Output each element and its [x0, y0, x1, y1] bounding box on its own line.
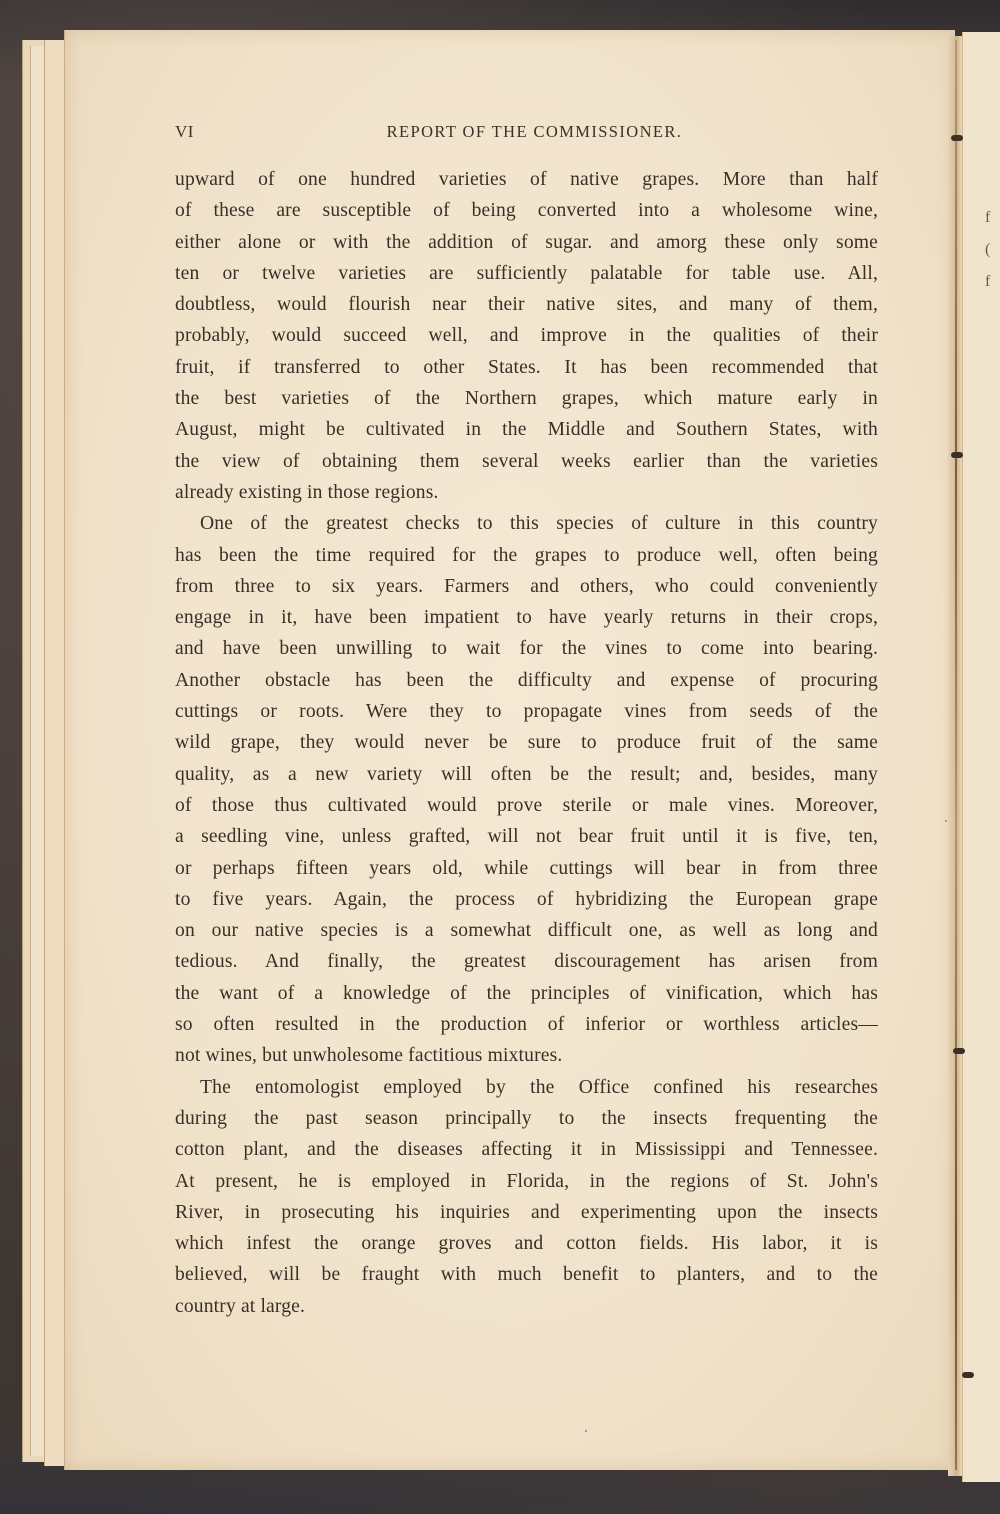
text-line: country at large.: [175, 1291, 878, 1322]
adjacent-page-fragment: f: [985, 274, 990, 290]
text-line-content: probably, would succeed well, and improv…: [175, 320, 878, 351]
binding-knot: [951, 135, 963, 141]
text-line-content: The entomologist employed by the Office …: [200, 1072, 878, 1103]
text-line-content: cotton plant, and the diseases affecting…: [175, 1134, 878, 1165]
text-line: of these are susceptible of being conver…: [175, 195, 878, 226]
text-line: tedious. And finally, the greatest disco…: [175, 946, 878, 977]
text-line: One of the greatest checks to this speci…: [175, 508, 878, 539]
text-line-content: the best varieties of the Northern grape…: [175, 383, 878, 414]
text-line: the view of obtaining them several weeks…: [175, 446, 878, 477]
paper-speck: [585, 1430, 587, 1432]
text-line-content: River, in prosecuting his inquiries and …: [175, 1197, 878, 1228]
text-line-content: believed, will be fraught with much bene…: [175, 1259, 878, 1290]
text-line-content: of those thus cultivated would prove ste…: [175, 790, 878, 821]
text-line-content: from three to six years. Farmers and oth…: [175, 571, 878, 602]
text-line-content: or perhaps fifteen years old, while cutt…: [175, 853, 878, 884]
text-line-content: quality, as a new variety will often be …: [175, 759, 878, 790]
paragraph: The entomologist employed by the Office …: [175, 1072, 878, 1322]
running-header: VI REPORT OF THE COMMISSIONER.: [175, 122, 880, 148]
text-line-content: the want of a knowledge of the principle…: [175, 978, 878, 1009]
text-line-content: already existing in those regions.: [175, 477, 878, 508]
text-line-content: and have been unwilling to wait for the …: [175, 633, 878, 664]
text-line: ten or twelve varieties are sufficiently…: [175, 258, 878, 289]
text-line-content: so often resulted in the production of i…: [175, 1009, 878, 1040]
text-line-content: cuttings or roots. Were they to propagat…: [175, 696, 878, 727]
text-line: not wines, but unwholesome factitious mi…: [175, 1040, 878, 1071]
text-line: The entomologist employed by the Office …: [175, 1072, 878, 1103]
text-line: the want of a knowledge of the principle…: [175, 978, 878, 1009]
text-line-content: country at large.: [175, 1291, 878, 1322]
text-line: or perhaps fifteen years old, while cutt…: [175, 853, 878, 884]
text-line: so often resulted in the production of i…: [175, 1009, 878, 1040]
text-line-content: of these are susceptible of being conver…: [175, 195, 878, 226]
text-line: on our native species is a somewhat diff…: [175, 915, 878, 946]
text-line-content: doubtless, would flourish near their nat…: [175, 289, 878, 320]
text-line: doubtless, would flourish near their nat…: [175, 289, 878, 320]
text-line: River, in prosecuting his inquiries and …: [175, 1197, 878, 1228]
text-line: during the past season principally to th…: [175, 1103, 878, 1134]
text-line-content: a seedling vine, unless grafted, will no…: [175, 821, 878, 852]
text-line-content: the view of obtaining them several weeks…: [175, 446, 878, 477]
text-line: August, might be cultivated in the Middl…: [175, 414, 878, 445]
paper-speck: [945, 820, 947, 822]
adjacent-page-fragment: (: [985, 242, 990, 258]
body-text: upward of one hundred varieties of nativ…: [175, 164, 878, 1322]
text-line-content: upward of one hundred varieties of nativ…: [175, 164, 878, 195]
text-line: the best varieties of the Northern grape…: [175, 383, 878, 414]
text-line: which infest the orange groves and cotto…: [175, 1228, 878, 1259]
text-line-content: One of the greatest checks to this speci…: [200, 508, 878, 539]
text-line-content: not wines, but unwholesome factitious mi…: [175, 1040, 878, 1071]
adjacent-page-fragment: f: [985, 210, 990, 226]
text-line: quality, as a new variety will often be …: [175, 759, 878, 790]
binding-knot: [951, 452, 963, 458]
text-line: engage in it, have been impatient to hav…: [175, 602, 878, 633]
binding-knot: [953, 1048, 965, 1054]
text-line-content: which infest the orange groves and cotto…: [175, 1228, 878, 1259]
adjacent-page: f ( f: [962, 32, 1000, 1482]
text-line: has been the time required for the grape…: [175, 540, 878, 571]
text-line: from three to six years. Farmers and oth…: [175, 571, 878, 602]
text-line-content: tedious. And finally, the greatest disco…: [175, 946, 878, 977]
running-header-title: REPORT OF THE COMMISSIONER.: [175, 122, 880, 142]
text-line-content: wild grape, they would never be sure to …: [175, 727, 878, 758]
text-line: either alone or with the addition of sug…: [175, 227, 878, 258]
text-line-content: on our native species is a somewhat diff…: [175, 915, 878, 946]
text-line: a seedling vine, unless grafted, will no…: [175, 821, 878, 852]
text-line: Another obstacle has been the difficulty…: [175, 665, 878, 696]
binding-knot: [962, 1372, 974, 1378]
text-line-content: during the past season principally to th…: [175, 1103, 878, 1134]
text-line: At present, he is employed in Florida, i…: [175, 1166, 878, 1197]
paragraph: upward of one hundred varieties of nativ…: [175, 164, 878, 508]
text-line: believed, will be fraught with much bene…: [175, 1259, 878, 1290]
text-line: wild grape, they would never be sure to …: [175, 727, 878, 758]
text-line: of those thus cultivated would prove ste…: [175, 790, 878, 821]
text-line: already existing in those regions.: [175, 477, 878, 508]
text-line: cotton plant, and the diseases affecting…: [175, 1134, 878, 1165]
text-line-content: ten or twelve varieties are sufficiently…: [175, 258, 878, 289]
text-line-content: engage in it, have been impatient to hav…: [175, 602, 878, 633]
text-line-content: either alone or with the addition of sug…: [175, 227, 878, 258]
text-line: to five years. Again, the process of hyb…: [175, 884, 878, 915]
text-line-content: fruit, if transferred to other States. I…: [175, 352, 878, 383]
text-line: probably, would succeed well, and improv…: [175, 320, 878, 351]
binding-thread: [955, 40, 957, 1470]
text-line-content: Another obstacle has been the difficulty…: [175, 665, 878, 696]
text-line: cuttings or roots. Were they to propagat…: [175, 696, 878, 727]
text-line-content: has been the time required for the grape…: [175, 540, 878, 571]
text-line: and have been unwilling to wait for the …: [175, 633, 878, 664]
text-line-content: to five years. Again, the process of hyb…: [175, 884, 878, 915]
text-line-content: August, might be cultivated in the Middl…: [175, 414, 878, 445]
paragraph: One of the greatest checks to this speci…: [175, 508, 878, 1071]
text-line: upward of one hundred varieties of nativ…: [175, 164, 878, 195]
text-line: fruit, if transferred to other States. I…: [175, 352, 878, 383]
text-line-content: At present, he is employed in Florida, i…: [175, 1166, 878, 1197]
